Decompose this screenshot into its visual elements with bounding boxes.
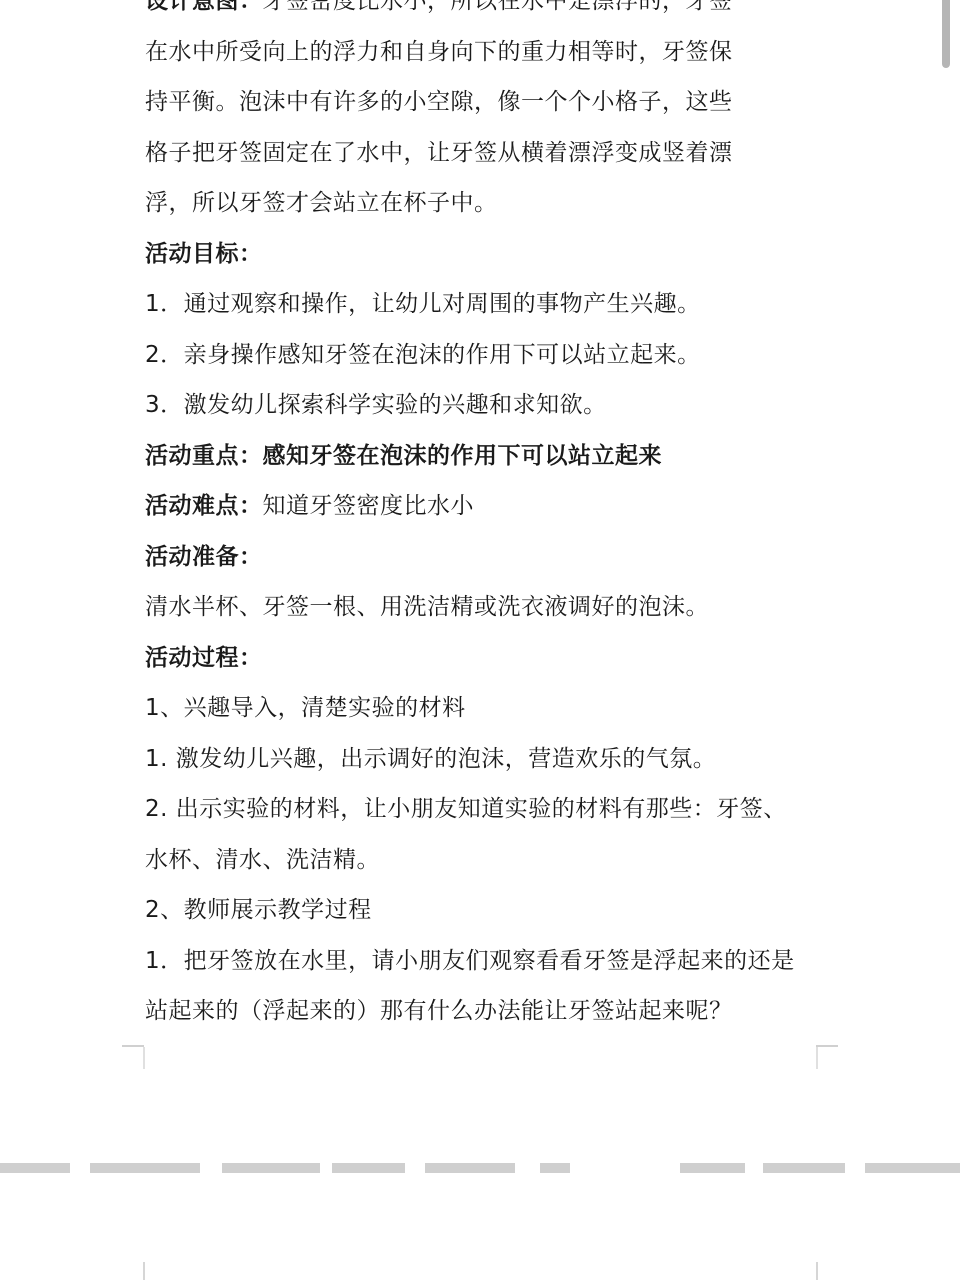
line-text: 在水中所受向上的浮力和自身向下的重力相等时，牙签保 [145, 39, 733, 65]
line-text: 1．把牙签放在水里，请小朋友们观察看看牙签是浮起来的还是 [145, 948, 795, 974]
section-label: 活动过程： [145, 645, 263, 671]
process-step-1-title: 1、兴趣导入，清楚实验的材料 [145, 683, 835, 734]
page-corner-mark-left [122, 1045, 144, 1047]
process-step-2-1: 1．把牙签放在水里，请小朋友们观察看看牙签是浮起来的还是 [145, 936, 835, 987]
page-corner-mark-right [816, 1045, 838, 1047]
section-label: 活动难点： [145, 493, 263, 519]
line-text: 水杯、清水、洗洁精。 [145, 847, 380, 873]
line-text: 清水半杯、牙签一根、用洗洁精或洗衣液调好的泡沫。 [145, 594, 709, 620]
line-text: 1. 激发幼儿兴趣，出示调好的泡沫，营造欢乐的气氛。 [145, 746, 716, 772]
section-label: 活动目标： [145, 241, 263, 267]
process-step-2-title: 2、教师展示教学过程 [145, 885, 835, 936]
heading-activity-goals: 活动目标： [145, 229, 835, 280]
preparation-materials: 清水半杯、牙签一根、用洗洁精或洗衣液调好的泡沫。 [145, 582, 835, 633]
doc-line: 持平衡。泡沫中有许多的小空隙，像一个个小格子，这些 [145, 77, 835, 128]
goal-item-2: 2．亲身操作感知牙签在泡沫的作用下可以站立起来。 [145, 330, 835, 381]
heading-activity-process: 活动过程： [145, 633, 835, 684]
section-label: 活动准备： [145, 544, 263, 570]
line-text: 3．激发幼儿探索科学实验的兴趣和求知欲。 [145, 392, 607, 418]
page-corner-mark-left-vertical [143, 1047, 145, 1069]
process-step-2-1-cont: 站起来的（浮起来的）那有什么办法能让牙签站起来呢？ [145, 986, 835, 1037]
line-text: 浮，所以牙签才会站立在杯子中。 [145, 190, 498, 216]
line-text: 2、教师展示教学过程 [145, 897, 372, 923]
doc-line-design-intent: 设计意图：牙签密度比水小，所以在水中是漂浮的，牙签 [145, 0, 835, 27]
page-2-margin-mark-left [143, 1262, 145, 1280]
line-text: 1、兴趣导入，清楚实验的材料 [145, 695, 466, 721]
page-break-separator [0, 1163, 960, 1173]
line-text: 2．亲身操作感知牙签在泡沫的作用下可以站立起来。 [145, 342, 701, 368]
vertical-scrollbar-thumb[interactable] [942, 0, 950, 68]
process-step-1-2-cont: 水杯、清水、洗洁精。 [145, 835, 835, 886]
line-text: 牙签密度比水小，所以在水中是漂浮的，牙签 [263, 0, 733, 14]
page-1-content: 设计意图：牙签密度比水小，所以在水中是漂浮的，牙签 在水中所受向上的浮力和自身向… [145, 0, 835, 1037]
line-text: 持平衡。泡沫中有许多的小空隙，像一个个小格子，这些 [145, 89, 733, 115]
goal-item-1: 1．通过观察和操作，让幼儿对周围的事物产生兴趣。 [145, 279, 835, 330]
doc-line: 格子把牙签固定在了水中，让牙签从横着漂浮变成竖着漂 [145, 128, 835, 179]
heading-activity-preparation: 活动准备： [145, 532, 835, 583]
line-text: 站起来的（浮起来的）那有什么办法能让牙签站起来呢？ [145, 998, 733, 1024]
line-activity-key-point: 活动重点：感知牙签在泡沫的作用下可以站立起来 [145, 431, 835, 482]
section-label: 活动重点： [145, 443, 263, 469]
section-label: 设计意图： [145, 0, 263, 14]
doc-line: 在水中所受向上的浮力和自身向下的重力相等时，牙签保 [145, 27, 835, 78]
line-text: 感知牙签在泡沫的作用下可以站立起来 [263, 443, 663, 469]
document-viewer: 设计意图：牙签密度比水小，所以在水中是漂浮的，牙签 在水中所受向上的浮力和自身向… [0, 0, 960, 1280]
process-step-1-2: 2. 出示实验的材料，让小朋友知道实验的材料有那些：牙签、 [145, 784, 835, 835]
line-activity-difficulty: 活动难点：知道牙签密度比水小 [145, 481, 835, 532]
line-text: 2. 出示实验的材料，让小朋友知道实验的材料有那些：牙签、 [145, 796, 787, 822]
page-2-margin-mark-right [816, 1262, 818, 1280]
process-step-1-1: 1. 激发幼儿兴趣，出示调好的泡沫，营造欢乐的气氛。 [145, 734, 835, 785]
line-text: 知道牙签密度比水小 [263, 493, 475, 519]
goal-item-3: 3．激发幼儿探索科学实验的兴趣和求知欲。 [145, 380, 835, 431]
line-text: 格子把牙签固定在了水中，让牙签从横着漂浮变成竖着漂 [145, 140, 733, 166]
line-text: 1．通过观察和操作，让幼儿对周围的事物产生兴趣。 [145, 291, 701, 317]
page-corner-mark-right-vertical [816, 1047, 818, 1069]
doc-line: 浮，所以牙签才会站立在杯子中。 [145, 178, 835, 229]
